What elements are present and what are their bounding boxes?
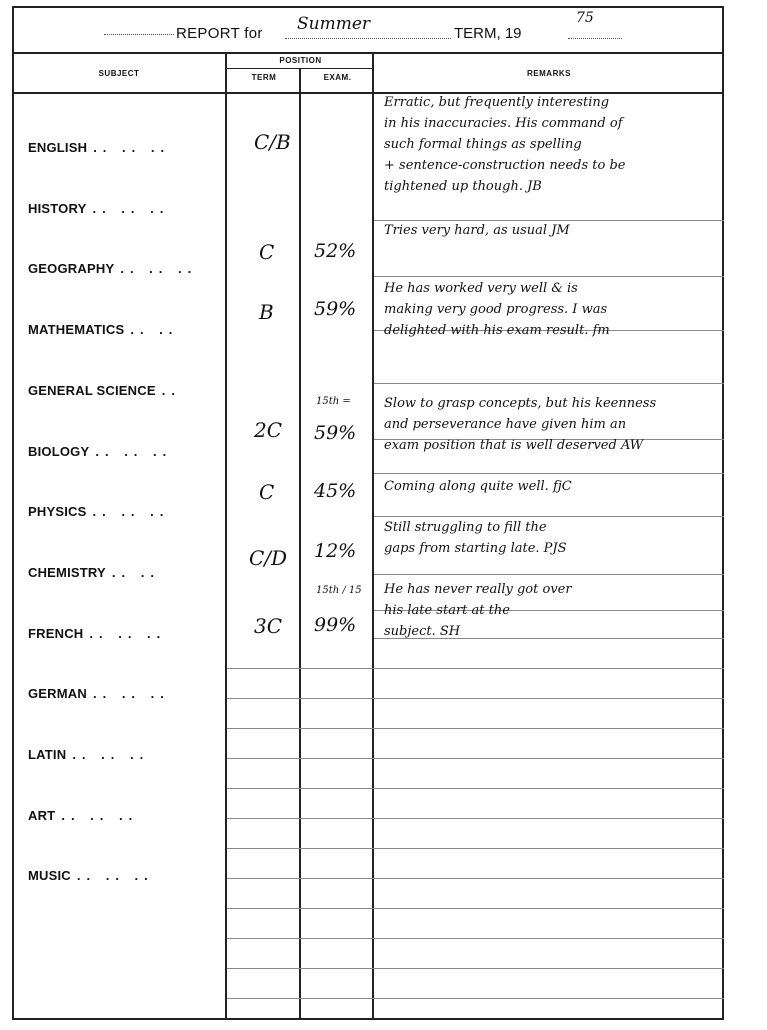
remark-geography: Tries very hard, as usual JM (384, 220, 570, 241)
term-grade-geography: C (259, 240, 274, 264)
name-field-dots (104, 34, 174, 35)
remark-line: Still struggling to fill the (384, 517, 567, 538)
remark-line: subject. SH (384, 621, 572, 642)
remark-line: his late start at the (384, 600, 572, 621)
subject-english: ENGLISH.. .. .. (28, 140, 170, 155)
remark-line: Erratic, but frequently interesting (384, 92, 625, 113)
term-field: Summer (285, 16, 451, 39)
empty-row-rule (227, 728, 724, 729)
empty-row-rule (227, 818, 724, 819)
remark-line: Slow to grasp concepts, but his keenness (384, 393, 656, 414)
leader-dots: .. .. .. (61, 808, 138, 823)
column-divider-remarks (372, 52, 374, 1018)
leader-dots: .. .. .. (92, 504, 169, 519)
exam-position-note-french: 15th / 15 (316, 585, 362, 596)
remark-line: delighted with his exam result. fm (384, 320, 610, 341)
remark-line: and perseverance have given him an (384, 414, 656, 435)
exam-score-chemistry: 12% (314, 540, 356, 562)
empty-row-rule (227, 998, 724, 999)
term-grade-mathematics: B (259, 300, 274, 324)
subject-art: ART.. .. .. (28, 808, 138, 823)
empty-row-rule (227, 758, 724, 759)
subject-german: GERMAN.. .. .. (28, 686, 170, 701)
subject-label: LATIN (28, 747, 66, 762)
leader-dots: .. .. .. (93, 140, 170, 155)
column-divider-term (299, 68, 301, 1018)
remark-rule (374, 574, 724, 575)
subject-geography: GEOGRAPHY.. .. .. (28, 261, 197, 276)
term-grade-physics: C (259, 480, 274, 504)
exam-score-biology: 59% (314, 422, 356, 444)
remark-line: Coming along quite well. fjC (384, 476, 572, 497)
subject-label: MATHEMATICS (28, 322, 124, 337)
subject-general-science: GENERAL SCIENCE.. (28, 383, 181, 398)
term-label: TERM, 19 (454, 25, 522, 42)
header-term: TERM (227, 73, 301, 82)
remark-line: + sentence-construction needs to be (384, 155, 625, 176)
subject-french: FRENCH.. .. .. (28, 626, 166, 641)
subject-label: HISTORY (28, 201, 86, 216)
subject-label: GEOGRAPHY (28, 261, 114, 276)
leader-dots: .. .. .. (95, 444, 172, 459)
empty-row-rule (227, 698, 724, 699)
subject-label: PHYSICS (28, 504, 86, 519)
subject-label: ENGLISH (28, 140, 87, 155)
remark-rule (374, 473, 724, 474)
remark-english: Erratic, but frequently interestingin hi… (384, 92, 625, 197)
remark-line: making very good progress. I was (384, 299, 610, 320)
empty-row-rule (227, 788, 724, 789)
leader-dots: .. .. (112, 565, 160, 580)
remark-line: He has never really got over (384, 579, 572, 600)
empty-row-rule (227, 968, 724, 969)
header-exam: EXAM. (301, 73, 374, 82)
subject-latin: LATIN.. .. .. (28, 747, 149, 762)
header-position: POSITION (227, 56, 374, 65)
table-header: SUBJECT POSITION TERM EXAM. REMARKS (14, 52, 722, 94)
year-field: 75 (568, 16, 622, 39)
term-grade-english: C/B (254, 130, 291, 154)
subject-label: GENERAL SCIENCE (28, 383, 156, 398)
remark-line: gaps from starting late. PJS (384, 538, 567, 559)
subject-music: MUSIC.. .. .. (28, 868, 154, 883)
subject-physics: PHYSICS.. .. .. (28, 504, 169, 519)
empty-row-rule (227, 878, 724, 879)
leader-dots: .. .. .. (120, 261, 197, 276)
leader-dots: .. .. .. (93, 686, 170, 701)
subject-biology: BIOLOGY.. .. .. (28, 444, 172, 459)
exam-score-french: 99% (314, 614, 356, 636)
leader-dots: .. (162, 383, 181, 398)
subject-label: FRENCH (28, 626, 83, 641)
header-remarks: REMARKS (374, 69, 724, 78)
remark-french: He has never really got overhis late sta… (384, 579, 572, 642)
column-divider-subject (225, 52, 227, 1018)
term-grade-chemistry: C/D (249, 546, 287, 570)
report-title-row: REPORT for Summer TERM, 19 75 (14, 8, 722, 54)
remark-line: in his inaccuracies. His command of (384, 113, 625, 134)
remark-line: exam position that is well deserved AW (384, 435, 656, 456)
term-grade-french: 3C (254, 614, 282, 638)
empty-row-rule (227, 908, 724, 909)
header-subject: SUBJECT (84, 69, 154, 78)
remark-rule (374, 276, 724, 277)
remark-line: such formal things as spelling (384, 134, 625, 155)
remark-line: tightened up though. JB (384, 176, 625, 197)
subject-label: GERMAN (28, 686, 87, 701)
subject-history: HISTORY.. .. .. (28, 201, 169, 216)
exam-score-mathematics: 59% (314, 298, 356, 320)
year-value: 75 (576, 10, 594, 26)
report-card: REPORT for Summer TERM, 19 75 SUBJECT PO… (12, 6, 724, 1020)
leader-dots: .. .. (130, 322, 178, 337)
subject-chemistry: CHEMISTRY.. .. (28, 565, 160, 580)
remark-biology: Slow to grasp concepts, but his keenness… (384, 393, 656, 456)
leader-dots: .. .. .. (89, 626, 166, 641)
subject-label: ART (28, 808, 55, 823)
leader-dots: .. .. .. (77, 868, 154, 883)
exam-position-note-biology: 15th = (316, 396, 351, 407)
term-value: Summer (297, 14, 370, 34)
subject-label: MUSIC (28, 868, 71, 883)
subject-label: BIOLOGY (28, 444, 89, 459)
remark-line: Tries very hard, as usual JM (384, 220, 570, 241)
remark-line: He has worked very well & is (384, 278, 610, 299)
remark-rule (374, 383, 724, 384)
leader-dots: .. .. .. (92, 201, 169, 216)
remark-physics: Coming along quite well. fjC (384, 476, 572, 497)
term-grade-biology: 2C (254, 418, 282, 442)
exam-score-geography: 52% (314, 240, 356, 262)
empty-row-rule (227, 938, 724, 939)
report-title-prefix: REPORT for (176, 25, 263, 42)
subject-mathematics: MATHEMATICS.. .. (28, 322, 178, 337)
subject-label: CHEMISTRY (28, 565, 106, 580)
empty-row-rule (227, 668, 724, 669)
remark-chemistry: Still struggling to fill thegaps from st… (384, 517, 567, 559)
empty-row-rule (227, 848, 724, 849)
leader-dots: .. .. .. (72, 747, 149, 762)
remark-mathematics: He has worked very well & ismaking very … (384, 278, 610, 341)
exam-score-physics: 45% (314, 480, 356, 502)
